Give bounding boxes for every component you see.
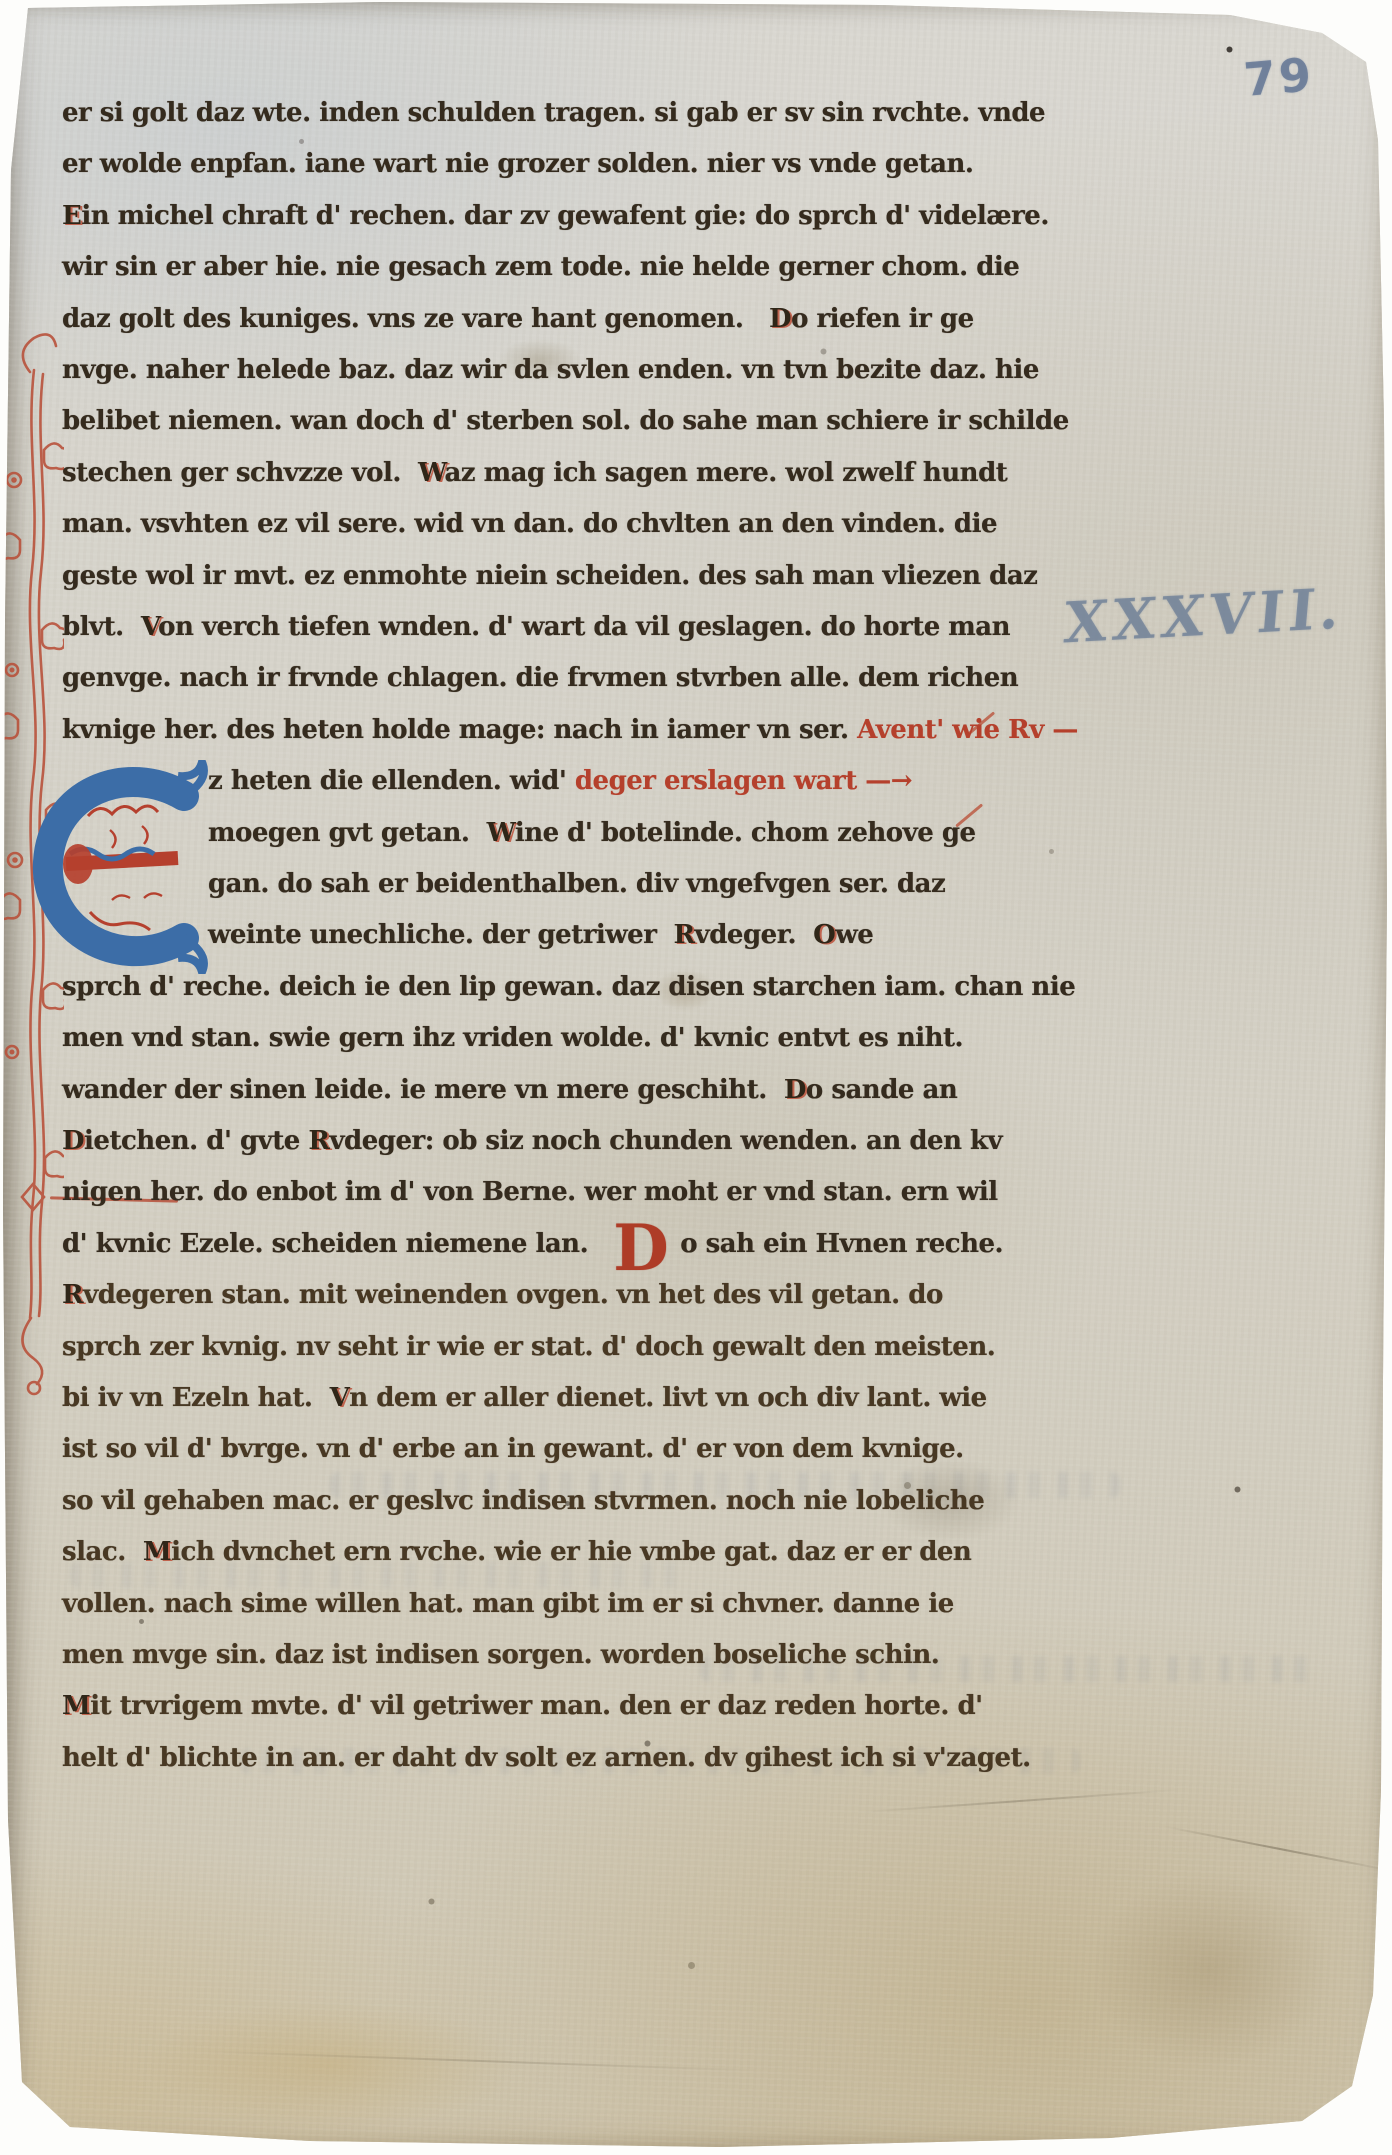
text-segment-ink: on verch tiefen wnden. d' wart da vil ge… [158,612,1010,642]
text-line: nvge. naher helede baz. daz wir da svlen… [62,353,1039,387]
text-segment-ink: kvnige her. des heten holde mage: nach i… [62,715,857,745]
text-segment-ink: n dem er aller dienet. livt vn och div l… [349,1383,986,1413]
text-line: daz golt des kuniges. vns ze vare hant g… [62,302,974,336]
text-segment-versal: D [769,304,791,334]
text-segment-ink: o sah ein Hvnen reche. [680,1229,1003,1259]
ink-specks [0,0,3,3]
text-line: slac. Mich dvnchet ern rvche. wie er hie… [62,1535,971,1569]
text-line: Mit trvrigem mvte. d' vil getriwer man. … [62,1689,983,1723]
text-line: bi iv vn Ezeln hat. Vn dem er aller dien… [62,1381,987,1415]
text-line: Rvdegeren stan. mit weinenden ovgen. vn … [62,1278,943,1312]
text-segment-ink: ine d' botelinde. chom zehove ge [515,818,976,848]
text-segment-ink: slac. [62,1537,143,1567]
text-segment-versal: D [784,1075,806,1105]
text-line: d' kvnic Ezele. scheiden niemene lan. Do… [62,1227,1003,1261]
text-line: men vnd stan. swie gern ihz vriden wolde… [62,1021,963,1055]
text-line: genvge. nach ir frvnde chlagen. die frvm… [62,661,1018,695]
text-segment-ink: wander der sinen leide. ie mere vn mere … [62,1075,784,1105]
text-segment-versal: V [330,1383,350,1413]
text-line: Dietchen. d' gvte Rvdeger: ob siz noch c… [62,1124,1002,1158]
text-segment-ink: moegen gvt getan. [208,818,487,848]
text-segment-ink: we [835,920,873,950]
text-segment-ink: er wolde enpfan. iane wart nie grozer so… [62,149,973,179]
text-segment-ink: genvge. nach ir frvnde chlagen. die frvm… [62,663,1018,693]
text-segment-ink: men mvge sin. daz ist indisen sorgen. wo… [62,1640,939,1670]
text-line: er wolde enpfan. iane wart nie grozer so… [62,147,973,181]
text-line: er si golt daz wte. inden schulden trage… [62,96,1045,130]
text-line: Ein michel chraft d' rechen. dar zv gewa… [62,199,1049,233]
text-segment-versal: V [141,612,158,642]
text-line: so vil gehaben mac. er geslvc indisen st… [62,1484,984,1518]
text-segment-ink: o riefen ir ge [791,304,974,334]
text-line: ist so vil d' bvrge. vn d' erbe an in ge… [62,1432,964,1466]
text-segment-ink: vdeger: ob siz noch chunden wenden. an d… [329,1126,1002,1156]
text-segment-versal: M [62,1691,90,1721]
text-line: man. vsvhten ez vil sere. wid vn dan. do… [62,507,997,541]
text-line: belibet niemen. wan doch d' sterben sol.… [62,404,1069,438]
text-segment-ink: weinte unechliche. der getriwer [208,920,674,950]
manuscript-page: 79 XXXVII. er si golt daz wte. inden sch… [0,0,1392,2155]
text-segment-ink: geste wol ir mvt. ez enmohte niein schei… [62,561,1037,591]
text-segment-versal: D [62,1126,84,1156]
text-block: er si golt daz wte. inden schulden trage… [0,0,1392,2155]
text-segment-ink: wir sin er aber hie. nie gesach zem tode… [62,252,1019,282]
text-segment-ink: daz golt des kuniges. vns ze vare hant g… [62,304,769,334]
text-segment-ink: it trvrigem mvte. d' vil getriwer man. d… [90,1691,982,1721]
text-segment-ink: ich dvnchet ern rvche. wie er hie vmbe g… [171,1537,971,1567]
text-line: blvt. Von verch tiefen wnden. d' wart da… [62,610,1010,644]
text-segment-ink: vdegeren stan. mit weinenden ovgen. vn h… [83,1280,943,1310]
text-segment-ink: helt d' blichte in an. er daht dv solt e… [62,1743,1031,1773]
text-segment-ink: o sande an [806,1075,957,1105]
text-line: weinte unechliche. der getriwer Rvdeger.… [208,918,873,952]
text-segment-ink: belibet niemen. wan doch d' sterben sol.… [62,406,1069,436]
text-segment-versal: R [308,1126,329,1156]
text-line: moegen gvt getan. Wine d' botelinde. cho… [208,816,976,850]
text-line: geste wol ir mvt. ez enmohte niein schei… [62,559,1037,593]
text-line: gan. do sah er beidenthalben. div vngefv… [208,867,945,901]
text-segment-ink: ist so vil d' bvrge. vn d' erbe an in ge… [62,1434,964,1464]
text-line: men mvge sin. daz ist indisen sorgen. wo… [62,1638,939,1672]
text-segment-ink: d' kvnic Ezele. scheiden niemene lan. [62,1229,605,1259]
text-segment-bigd: D [613,1211,668,1286]
text-segment-ink: gan. do sah er beidenthalben. div vngefv… [208,869,945,899]
text-segment-versal: E [62,201,81,231]
text-segment-ink: sprch d' reche. deich ie den lip gewan. … [62,972,1075,1002]
text-segment-ink: in michel chraft d' rechen. dar zv gewaf… [81,201,1049,231]
text-segment-ink: bi iv vn Ezeln hat. [62,1383,330,1413]
text-segment-ink: er si golt daz wte. inden schulden trage… [62,98,1045,128]
text-line: wander der sinen leide. ie mere vn mere … [62,1073,957,1107]
text-segment-versal: R [62,1280,83,1310]
text-segment-ink: nigen her. do enbot im d' von Berne. wer… [62,1177,998,1207]
text-segment-versal: O [813,920,835,950]
text-segment-versal: W [487,818,515,848]
text-segment-ink: so vil gehaben mac. er geslvc indisen st… [62,1486,984,1516]
text-segment-versal: M [143,1537,171,1567]
text-line: kvnige her. des heten holde mage: nach i… [62,713,1078,747]
text-segment-ink: az mag ich sagen mere. wol zwelf hundt [444,458,1007,488]
text-segment-ink: blvt. [62,612,141,642]
text-segment-ink: vdeger. [695,920,814,950]
text-segment-ink: nvge. naher helede baz. daz wir da svlen… [62,355,1039,385]
text-segment-red: Avent' wie Rv — [857,715,1078,745]
text-segment-ink: vollen. nach sime willen hat. man gibt i… [62,1589,954,1619]
text-segment-ink: man. vsvhten ez vil sere. wid vn dan. do… [62,509,997,539]
text-segment-red: deger erslagen wart —→ [575,766,912,796]
text-line: stechen ger schvzze vol. Waz mag ich sag… [62,456,1007,490]
text-segment-ink: men vnd stan. swie gern ihz vriden wolde… [62,1023,963,1053]
text-line: sprch d' reche. deich ie den lip gewan. … [62,970,1075,1004]
text-line: helt d' blichte in an. er daht dv solt e… [62,1741,1031,1775]
text-segment-ink: ietchen. d' gvte [84,1126,308,1156]
text-segment-versal: R [674,920,695,950]
text-line: z heten die ellenden. wid' deger erslage… [208,764,912,798]
text-line: vollen. nach sime willen hat. man gibt i… [62,1587,954,1621]
text-line: nigen her. do enbot im d' von Berne. wer… [62,1175,998,1209]
text-segment-ink: sprch zer kvnig. nv seht ir wie er stat.… [62,1332,995,1362]
text-segment-versal: W [418,458,444,488]
text-segment-ink: stechen ger schvzze vol. [62,458,418,488]
text-segment-ink: z heten die ellenden. wid' [208,766,575,796]
text-line: wir sin er aber hie. nie gesach zem tode… [62,250,1019,284]
text-line: sprch zer kvnig. nv seht ir wie er stat.… [62,1330,995,1364]
manuscript-photo: { "page": { "folio_number": "79", "chapt… [0,0,1392,2155]
